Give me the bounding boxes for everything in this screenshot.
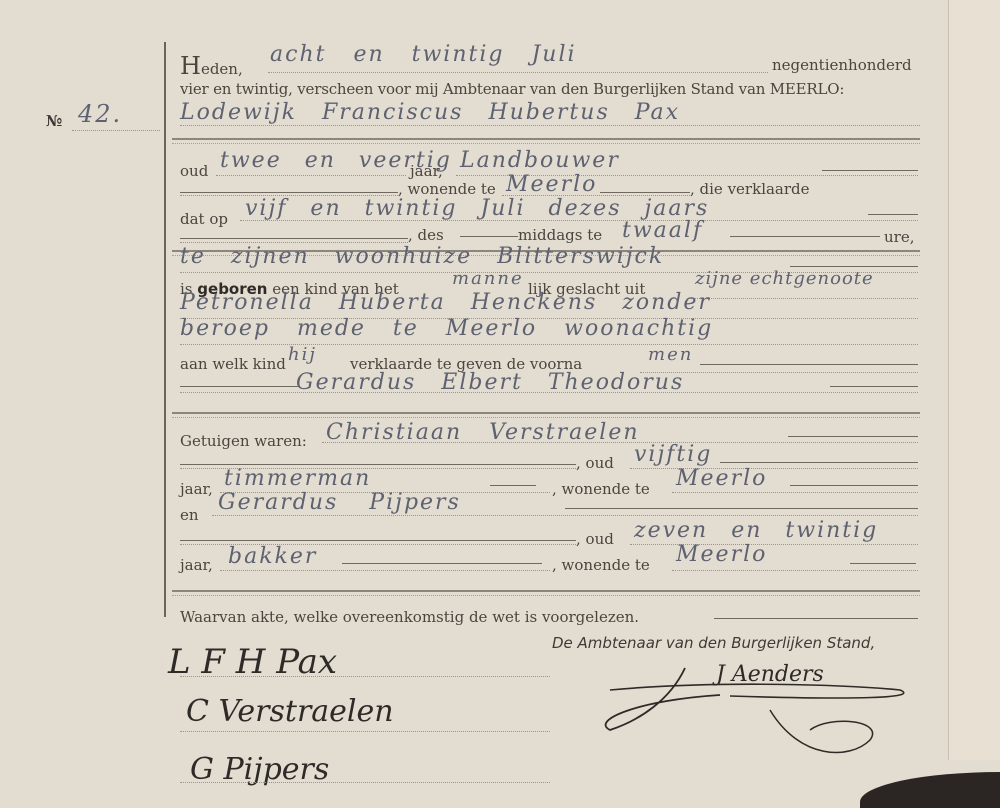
jaar-text-w2: jaar, — [180, 556, 213, 574]
child-sex: manne — [452, 268, 524, 289]
dat-op-text: dat op — [180, 210, 228, 228]
fill-dash — [565, 508, 918, 509]
fill-dash — [730, 236, 880, 237]
declarant: hij — [288, 344, 317, 365]
fill-dash — [830, 386, 918, 387]
en-text: en — [180, 506, 199, 524]
witness1-residence: Meerlo — [676, 466, 767, 491]
verscheen-text: vier en twintig, verscheen voor mij Ambt… — [180, 80, 844, 98]
dots — [180, 731, 550, 732]
signature-flourish — [600, 660, 920, 770]
age-dots — [216, 175, 406, 176]
dots — [690, 298, 918, 299]
father-name: Lodewijk Franciscus Hubertus Pax — [180, 100, 680, 125]
fill-dash — [460, 236, 518, 237]
fill-dash — [790, 485, 918, 486]
page-shadow — [860, 772, 1000, 808]
dots — [240, 220, 918, 221]
fill-dash — [788, 436, 918, 437]
dots — [630, 544, 918, 545]
oud-text: oud — [180, 162, 208, 180]
date-handwritten: acht en twintig Juli — [270, 42, 577, 67]
dots — [180, 676, 550, 677]
dots — [672, 570, 918, 571]
fill-dash — [180, 386, 298, 387]
dots — [180, 392, 918, 393]
date-dots — [268, 72, 768, 73]
wonende-te-text-w1: , wonende te — [552, 480, 650, 498]
rule — [172, 138, 920, 140]
oud-text-w1: , oud — [576, 454, 614, 472]
fill-dash — [790, 266, 918, 267]
witness2-residence: Meerlo — [676, 542, 767, 567]
fill-dash — [180, 540, 576, 541]
witness2-name: Gerardus Pijpers — [218, 490, 461, 515]
signature-witness1: C Verstraelen — [186, 694, 394, 729]
fill-dash — [822, 170, 918, 171]
next-page-edge — [948, 0, 1000, 760]
dots — [212, 515, 918, 516]
mother-line3: beroep mede te Meerlo woonachtig — [180, 316, 713, 341]
mother-line1: zijne echtgenoote — [695, 268, 874, 289]
middags-te-text: middags te — [518, 226, 602, 244]
waarvan-text: Waarvan akte, welke overeenkomstig de we… — [180, 608, 639, 626]
dots — [180, 782, 550, 783]
jaar-text-w1: jaar, — [180, 480, 213, 498]
negentienhonderd-text: negentienhonderd — [772, 56, 912, 74]
mother-line2: Petronella Huberta Henckens zonder — [180, 290, 711, 315]
rule — [172, 590, 920, 592]
fill-dash — [714, 618, 918, 619]
dots — [220, 570, 550, 571]
fill-dash — [342, 563, 542, 564]
fill-dash — [600, 192, 690, 193]
fill-dash — [850, 563, 916, 564]
record-number-dots — [72, 130, 160, 131]
dots — [630, 468, 918, 469]
record-number: 42. — [78, 100, 122, 128]
fill-dash — [180, 192, 398, 193]
dots — [180, 242, 408, 243]
witness1-age: vijftig — [634, 442, 712, 467]
fill-dash — [700, 364, 918, 365]
birth-time: twaalf — [622, 218, 703, 243]
birth-place: te zijnen woonhuize Blitterswijck — [180, 244, 664, 269]
record-number-label: № — [46, 112, 62, 130]
fill-dash — [180, 238, 408, 239]
fill-dash — [868, 214, 918, 215]
dots — [672, 492, 918, 493]
des-text: , des — [408, 226, 444, 244]
heden-text: Heden, — [180, 52, 243, 80]
dots — [322, 442, 918, 443]
fill-dash — [180, 464, 576, 465]
father-occupation: Landbouwer — [460, 148, 620, 173]
margin-rule — [164, 42, 166, 617]
getuigen-text: Getuigen waren: — [180, 432, 307, 450]
register-page: № 42. Heden, acht en twintig Juli negent… — [0, 0, 1000, 808]
witness2-age: zeven en twintig — [634, 518, 878, 543]
father-residence: Meerlo — [506, 172, 597, 197]
oud-text-w2: , oud — [576, 530, 614, 548]
witness2-occupation: bakker — [228, 544, 317, 569]
ambtenaar-title: De Ambtenaar van den Burgerlijken Stand, — [552, 634, 875, 652]
rule — [172, 412, 920, 414]
jaar-text: jaar, — [410, 162, 443, 180]
names-suffix: men — [648, 344, 693, 365]
father-name-dots — [180, 125, 920, 126]
fill-dash — [490, 485, 536, 486]
fill-dash — [720, 462, 918, 463]
ure-text: ure, — [884, 228, 914, 246]
witness1-occupation: timmerman — [224, 466, 371, 491]
wonende-te-text-w2: , wonende te — [552, 556, 650, 574]
aan-welk-kind-text: aan welk kind — [180, 355, 286, 373]
